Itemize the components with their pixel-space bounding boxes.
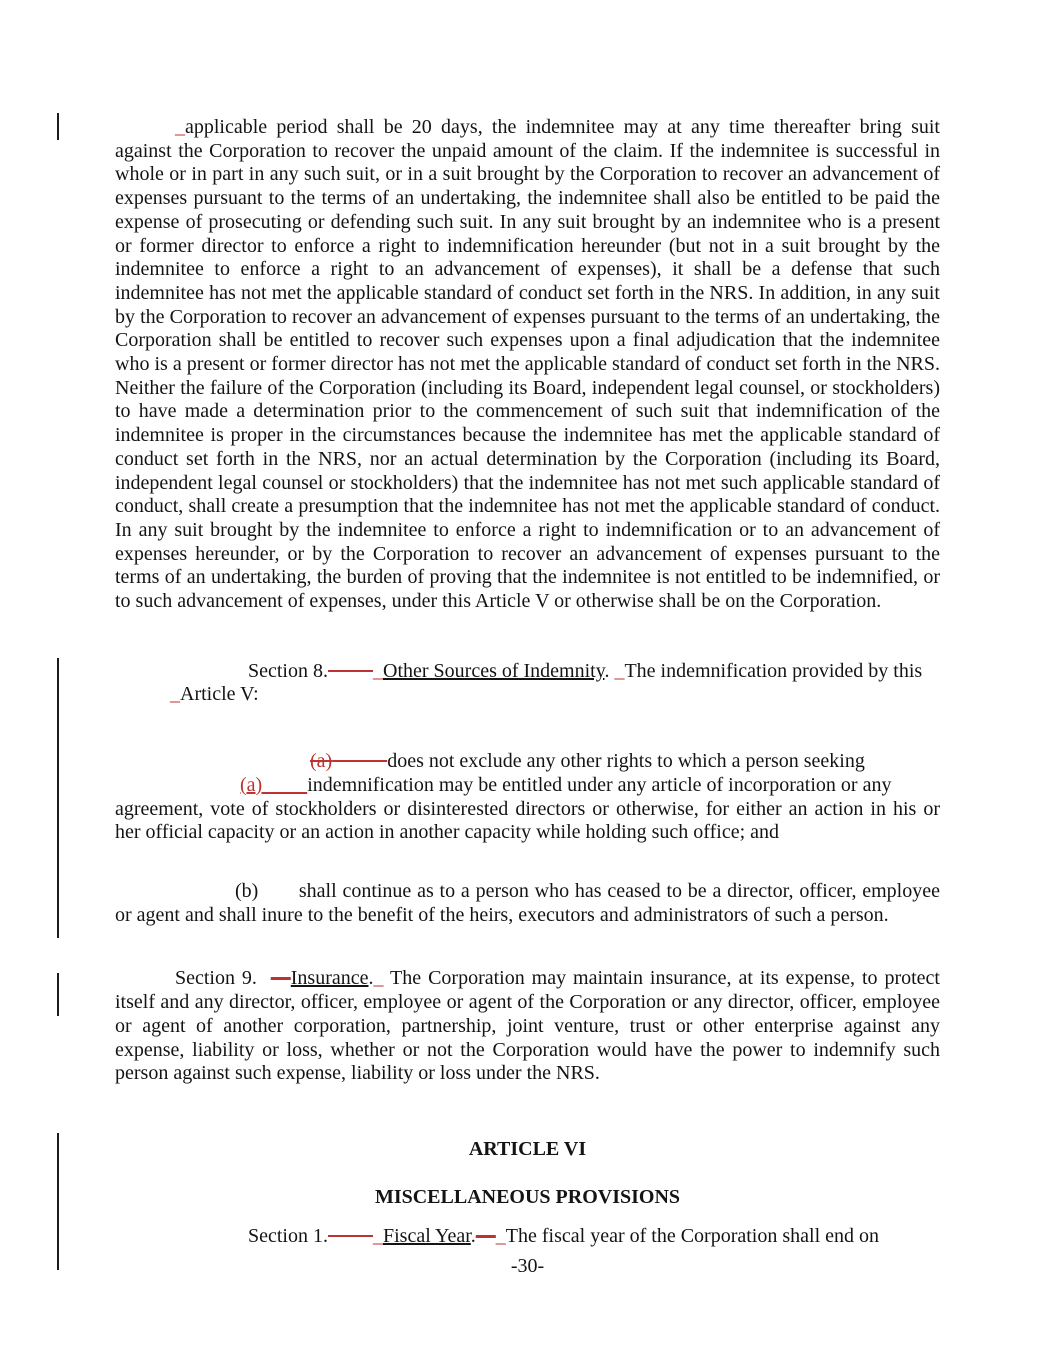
clause-a-deleted-line: (a) does not exclude any other rights to… (115, 750, 940, 774)
deleted-text: — (476, 1225, 496, 1247)
inserted-text: _ (374, 967, 384, 989)
text-run: does not exclude any other rights to whi… (387, 750, 865, 772)
inserted-text: _ (170, 683, 180, 705)
article-vi-heading: ARTICLE VI (115, 1138, 940, 1162)
text-run: Insurance (291, 967, 369, 989)
document-body: _applicable period shall be 20 days, the… (115, 116, 940, 1279)
change-bar (57, 658, 59, 938)
change-bar (57, 1133, 59, 1270)
section1-fiscal-year-line: Section 1. _Fiscal Year.—_The fiscal yea… (115, 1225, 940, 1249)
page-number: -30- (115, 1255, 940, 1279)
text-run: indemnification may be entitled under an… (307, 774, 891, 796)
text-run: (b) (235, 880, 258, 902)
deleted-text (332, 750, 387, 772)
text-run: Section 1. (248, 1225, 328, 1247)
clause-b-paragraph: (b) shall continue as to a person who ha… (115, 880, 940, 927)
clause-a-inserted-line: (a) indemnification may be entitled unde… (115, 774, 940, 798)
inserted-text: _ (373, 660, 383, 682)
deleted-text: — (271, 967, 291, 989)
inserted-text: _ (496, 1225, 506, 1247)
text-run: Section 8. (248, 660, 328, 682)
deleted-text (328, 660, 373, 682)
paragraph-indemnification-suit: _applicable period shall be 20 days, the… (115, 116, 940, 614)
section8-heading-continuation: _Article V: (115, 683, 940, 707)
inserted-text: _ (373, 1225, 383, 1247)
deleted-text: (a) (310, 750, 332, 772)
section9-insurance-paragraph: Section 9. —Insurance._ The Corporation … (115, 967, 940, 1086)
text-run (258, 880, 299, 902)
text-run: The fiscal year of the Corporation shall… (506, 1225, 879, 1247)
text-run: Fiscal Year (383, 1225, 471, 1247)
text-run: . (604, 660, 614, 682)
inserted-text: _ (614, 660, 624, 682)
miscellaneous-provisions-heading: MISCELLANEOUS PROVISIONS (115, 1186, 940, 1210)
text-run: applicable period shall be 20 days, the … (115, 116, 940, 612)
inserted-text: _ (175, 116, 185, 138)
document-page: _applicable period shall be 20 days, the… (0, 0, 1055, 1365)
inserted-text: (a) (240, 774, 307, 796)
change-bar (57, 973, 59, 1016)
text-run: Article V: (180, 683, 259, 705)
text-run: Other Sources of Indemnity (383, 660, 604, 682)
text-run: The indemnification provided by this (624, 660, 922, 682)
clause-a-continuation: agreement, vote of stockholders or disin… (115, 798, 940, 845)
text-run: Section 9. (175, 967, 271, 989)
change-bar (57, 113, 59, 140)
deleted-text (328, 1225, 373, 1247)
section8-heading-line: Section 8. _Other Sources of Indemnity. … (115, 660, 940, 684)
